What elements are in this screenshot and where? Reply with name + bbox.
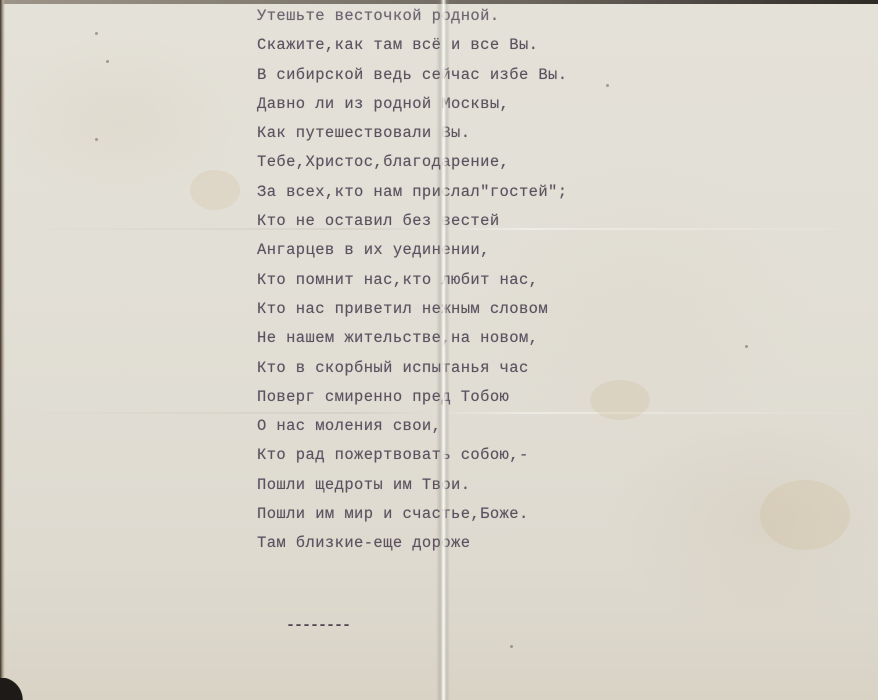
poem-line: Давно ли из родной Москвы, xyxy=(257,90,567,119)
paper-left-edge xyxy=(0,0,5,700)
paper-speck xyxy=(95,138,98,141)
poem-line: Кто в скорбный испытанья час xyxy=(257,354,567,383)
poem-line: Пошли щедроты им Твои. xyxy=(257,471,567,500)
poem-line: Кто помнит нас,кто любит нас, xyxy=(257,266,567,295)
paper-speck xyxy=(106,60,109,63)
paper-stain xyxy=(190,170,240,210)
paper-speck xyxy=(606,84,609,87)
paper-stain xyxy=(590,380,650,420)
poem-line: Там близкие-еще дороже xyxy=(257,529,567,558)
poem-line: Тебе,Христос,благодарение, xyxy=(257,148,567,177)
closing-separator-dashes: -------- xyxy=(286,617,350,634)
paper-speck xyxy=(95,32,98,35)
paper-torn-corner xyxy=(0,678,30,700)
poem-line: Не нашем жительстве,на новом, xyxy=(257,324,567,353)
poem-line: О нас моления свои, xyxy=(257,412,567,441)
paper-stain xyxy=(760,480,850,550)
poem-line: Кто не оставил без вестей xyxy=(257,207,567,236)
poem-line: Утешьте весточкой родной. xyxy=(257,2,567,31)
poem-line: Как путешествовали Вы. xyxy=(257,119,567,148)
poem-line: За всех,кто нам прислал"гостей"; xyxy=(257,178,567,207)
poem-line: Пошли им мир и счастье,Боже. xyxy=(257,500,567,529)
poem-line: Ангарцев в их уединении, xyxy=(257,236,567,265)
paper-speck xyxy=(745,345,748,348)
paper-sheet: Утешьте весточкой родной. Скажите,как та… xyxy=(0,0,878,700)
poem-line: Кто рад пожертвовать собою,- xyxy=(257,441,567,470)
poem-line: В сибирской ведь сейчас избе Вы. xyxy=(257,61,567,90)
poem-line: Поверг смиренно пред Тобою xyxy=(257,383,567,412)
vertical-fold-crease xyxy=(436,0,450,700)
paper-speck xyxy=(510,645,513,648)
poem-line: Кто нас приветил нежным словом xyxy=(257,295,567,324)
poem-line: Скажите,как там всё и все Вы. xyxy=(257,31,567,60)
poem-text-block: Утешьте весточкой родной. Скажите,как та… xyxy=(257,2,567,559)
